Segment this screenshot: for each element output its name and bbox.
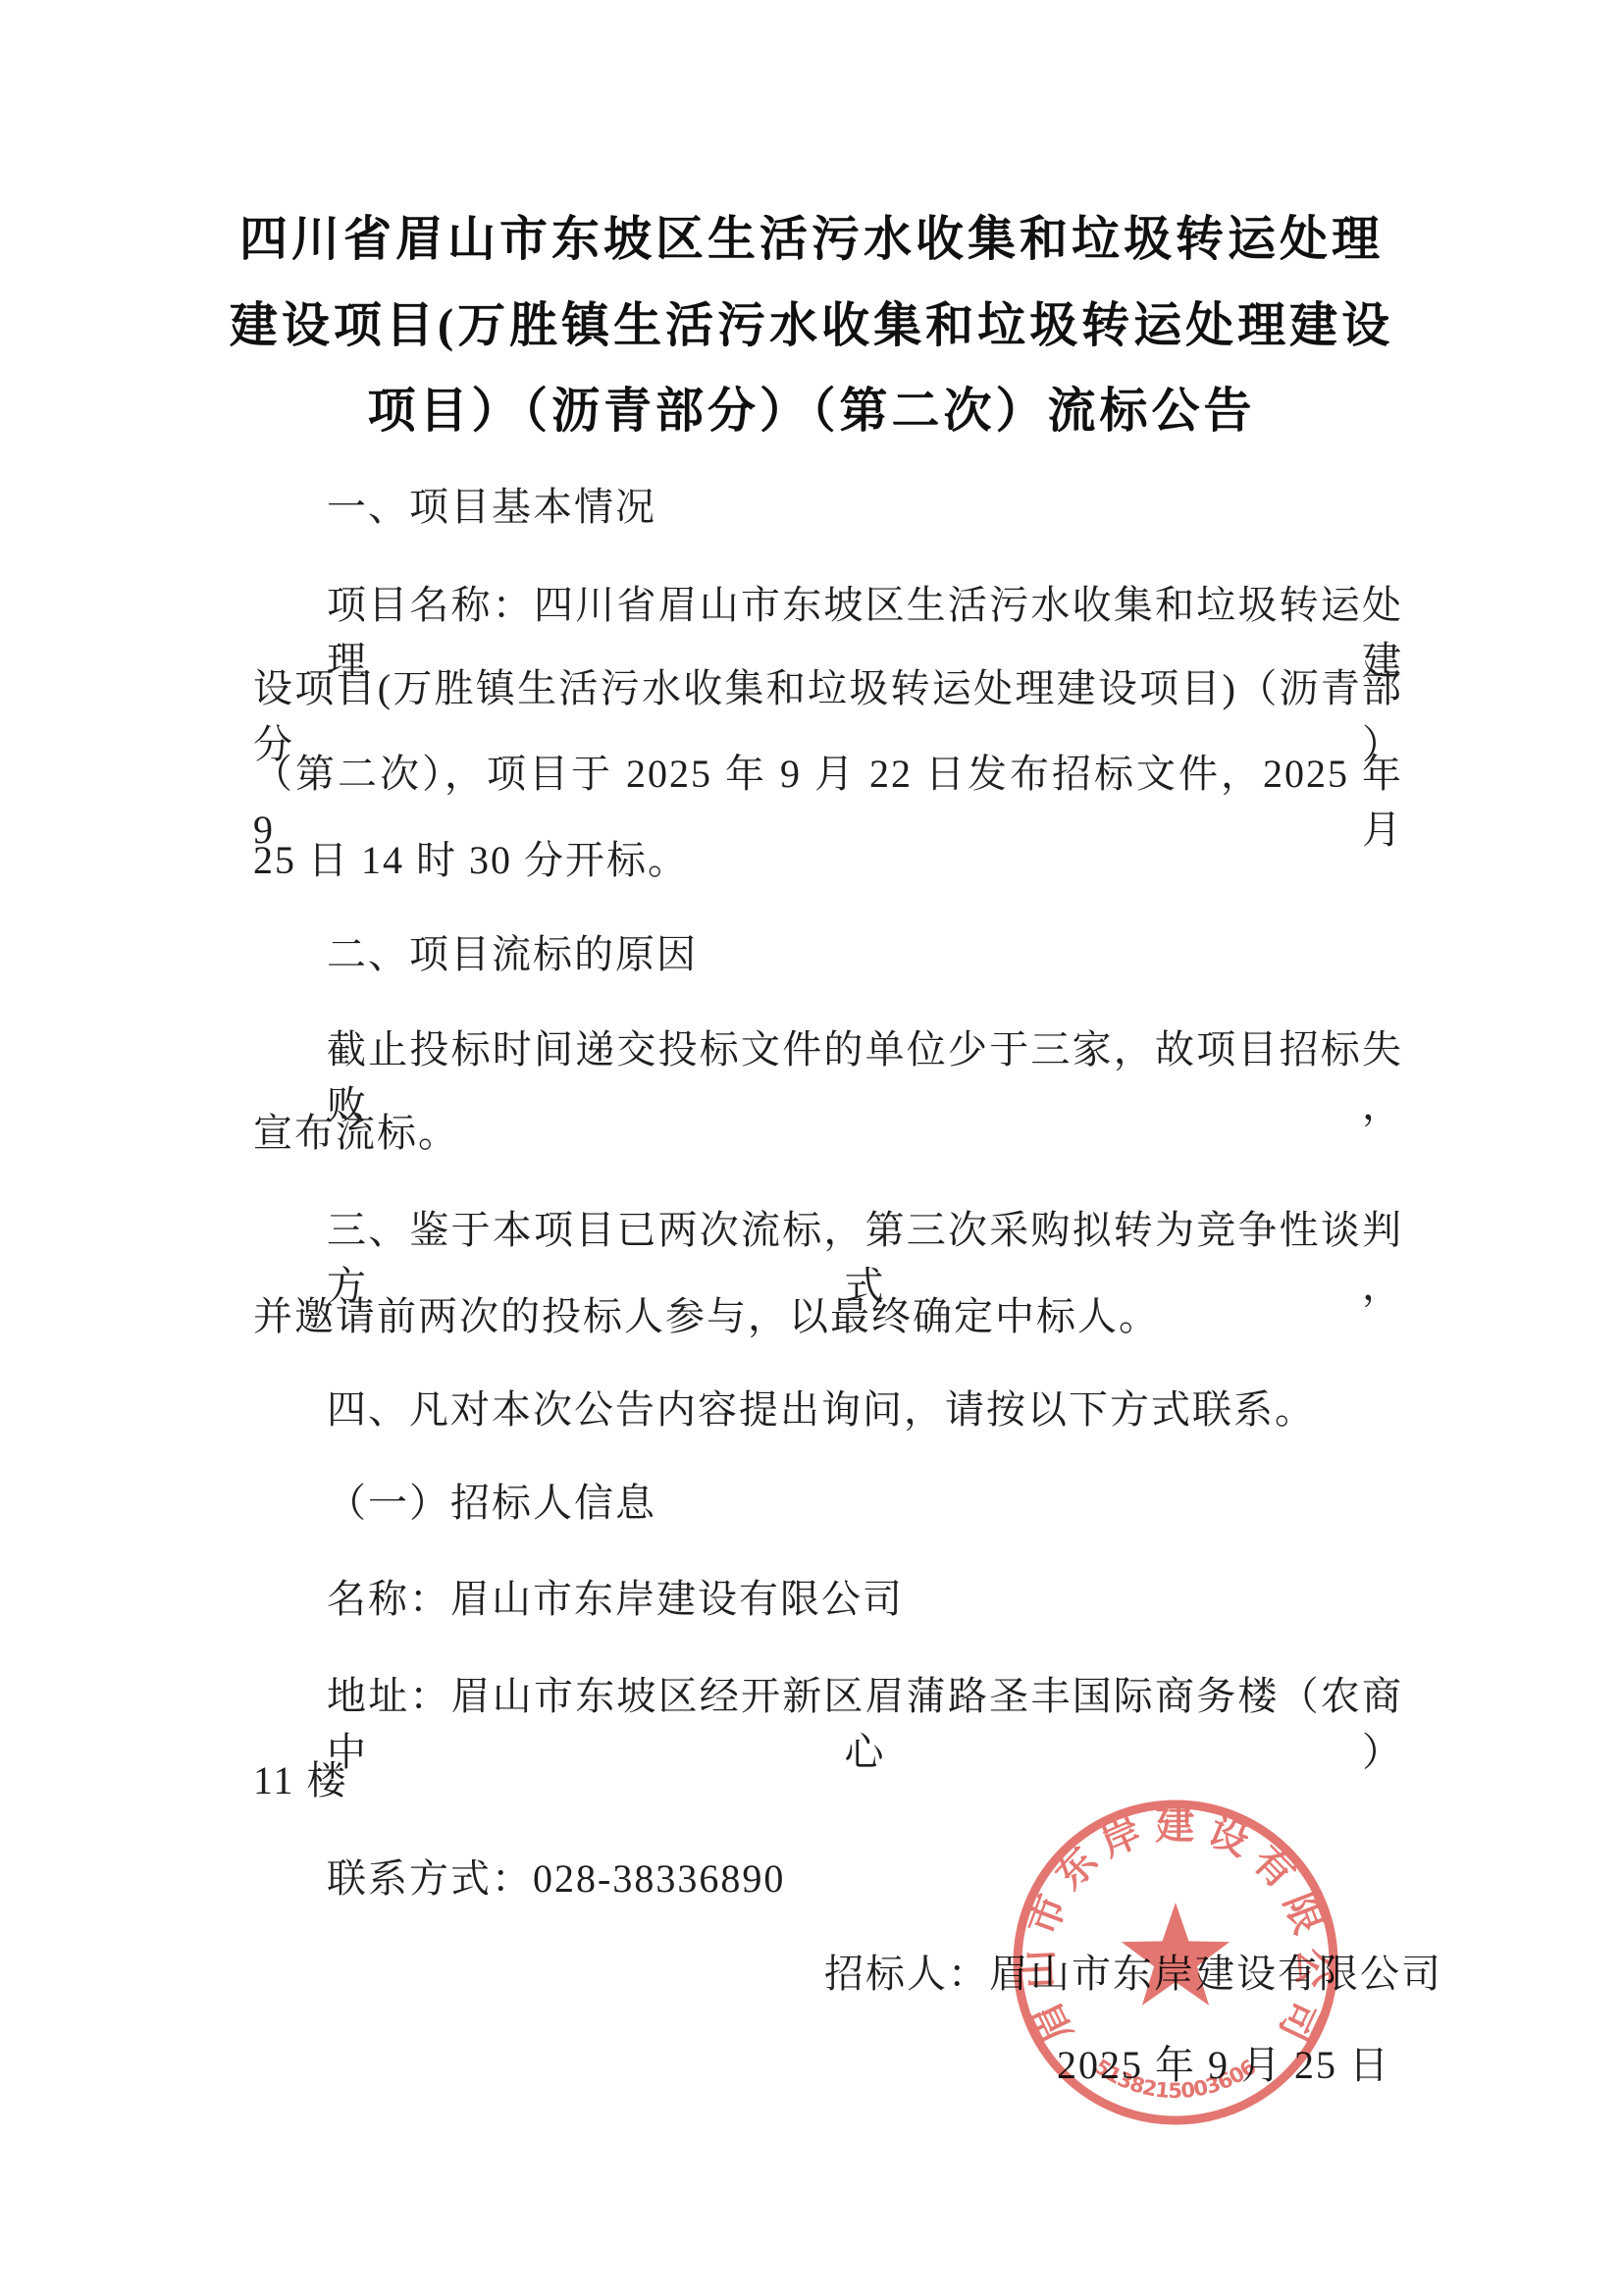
body-line-section-1: 一、项目基本情况	[253, 476, 1403, 532]
body-line-company-name: 名称：眉山市东岸建设有限公司	[253, 1568, 1403, 1624]
body-line-reason-cont: 宣布流标。	[253, 1102, 1403, 1158]
seal-serial-text: 5138215003606	[1090, 2054, 1262, 2103]
body-line-section-3-cont: 并邀请前两次的投标人参与，以最终确定中标人。	[253, 1285, 1403, 1341]
body-line-section-4: 四、凡对本次公告内容提出询问，请按以下方式联系。	[253, 1379, 1403, 1435]
seal-star-icon	[1122, 1903, 1230, 2006]
body-line-bidder-info-heading: （一）招标人信息	[253, 1472, 1403, 1528]
body-line-section-2: 二、项目流标的原因	[253, 923, 1403, 979]
title-line-2: 建设项目(万胜镇生活污水收集和垃圾转运处理建设	[0, 287, 1623, 356]
title-line-3: 项目）（沥青部分）（第二次）流标公告	[0, 373, 1623, 442]
company-seal: 眉山市东岸建设有限公司 5138215003606	[1009, 1796, 1342, 2129]
body-line-open-time: 25 日 14 时 30 分开标。	[253, 829, 1403, 885]
title-line-1: 四川省眉山市东坡区生活污水收集和垃圾转运处理	[0, 201, 1623, 270]
document-page: 四川省眉山市东坡区生活污水收集和垃圾转运处理 建设项目(万胜镇生活污水收集和垃圾…	[0, 0, 1623, 2296]
